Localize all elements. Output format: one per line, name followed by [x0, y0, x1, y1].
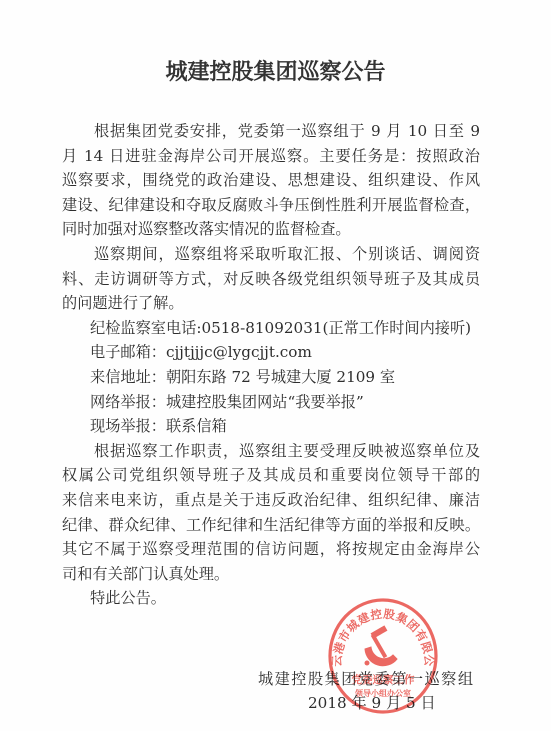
contact-onsite-report-value: 联系信箱: [166, 417, 227, 435]
seal-center-text-1: 党委巡察工作: [352, 673, 415, 686]
paragraph-2-line-1: 巡察期间，巡察组将采取听取汇报、个别谈话、调阅资: [62, 242, 480, 267]
contact-online-report-value: 城建控股集团网站“我要举报”: [166, 393, 364, 411]
paragraph-3-line-5: 其它不属于巡察受理范围的信访问题，将按规定由金海岸公: [62, 537, 480, 562]
paragraph-3-line-4: 纪律、群众纪律、工作纪律和生活纪律等方面的举报和反映。: [62, 513, 480, 538]
paragraph-3-line-2: 权属公司党组织领导班子及其成员和重要岗位领导干部的: [62, 463, 480, 488]
paragraph-2-line-2: 料、走访调研等方式，对反映各级党组织领导班子及其成员: [62, 267, 480, 292]
contact-phone: 纪检监察室电话:0518-81092031(正常工作时间内接听): [62, 316, 480, 341]
contact-phone-value: 0518-81092031(正常工作时间内接听): [201, 319, 471, 337]
paragraph-3-line-6: 司和有关部门认真处理。: [62, 562, 480, 587]
document-body: 根据集团党委安排，党委第一巡察组于 9 月 10 日至 9 月 14 日进驻金海…: [62, 119, 480, 611]
document-title: 城建控股集团巡察公告: [0, 58, 551, 86]
contact-phone-label: 纪检监察室电话:: [90, 319, 201, 337]
paragraph-3-line-3: 来信来电来访，重点是关于违反政治纪律、组织纪律、廉洁: [62, 488, 480, 513]
hammer-sickle-icon: [365, 625, 398, 665]
contact-email: 电子邮箱：cjjtjjjc@lygcjjt.com: [62, 340, 480, 365]
contact-address: 来信地址：朝阳东路 72 号城建大厦 2109 室: [62, 365, 480, 390]
paragraph-1-line-4: 建设、纪律建设和夺取反腐败斗争压倒性胜利开展监督检查，: [62, 193, 480, 218]
paragraph-1-line-3: 巡察要求，围绕党的政治建设、思想建设、组织建设、作风: [62, 168, 480, 193]
official-seal-icon: 连云港市城建控股集团有限公司 党委巡察工作 领导小组办公室: [327, 597, 439, 715]
paragraph-3-line-1: 根据巡察工作职责，巡察组主要受理反映被巡察单位及: [62, 439, 480, 464]
document-page: 城建控股集团巡察公告 根据集团党委安排，党委第一巡察组于 9 月 10 日至 9…: [0, 0, 551, 731]
contact-address-label: 来信地址：: [90, 368, 166, 386]
paragraph-1-line-1: 根据集团党委安排，党委第一巡察组于 9 月 10 日至 9: [62, 119, 480, 144]
contact-address-value: 朝阳东路 72 号城建大厦 2109 室: [166, 368, 395, 386]
contact-onsite-report-label: 现场举报：: [90, 417, 166, 435]
paragraph-1-line-5: 同时加强对巡察整改落实情况的监督检查。: [62, 217, 480, 242]
contact-online-report-label: 网络举报：: [90, 393, 166, 411]
seal-center-text-2: 领导小组办公室: [354, 688, 411, 698]
contact-onsite-report: 现场举报：联系信箱: [62, 414, 480, 439]
paragraph-1-line-2: 月 14 日进驻金海岸公司开展巡察。主要任务是：按照政治: [62, 144, 480, 169]
contact-email-label: 电子邮箱：: [90, 343, 166, 361]
contact-online-report: 网络举报：城建控股集团网站“我要举报”: [62, 390, 480, 415]
contact-email-value: cjjtjjjc@lygcjjt.com: [166, 343, 312, 361]
paragraph-2-line-3: 的问题进行了解。: [62, 291, 480, 316]
